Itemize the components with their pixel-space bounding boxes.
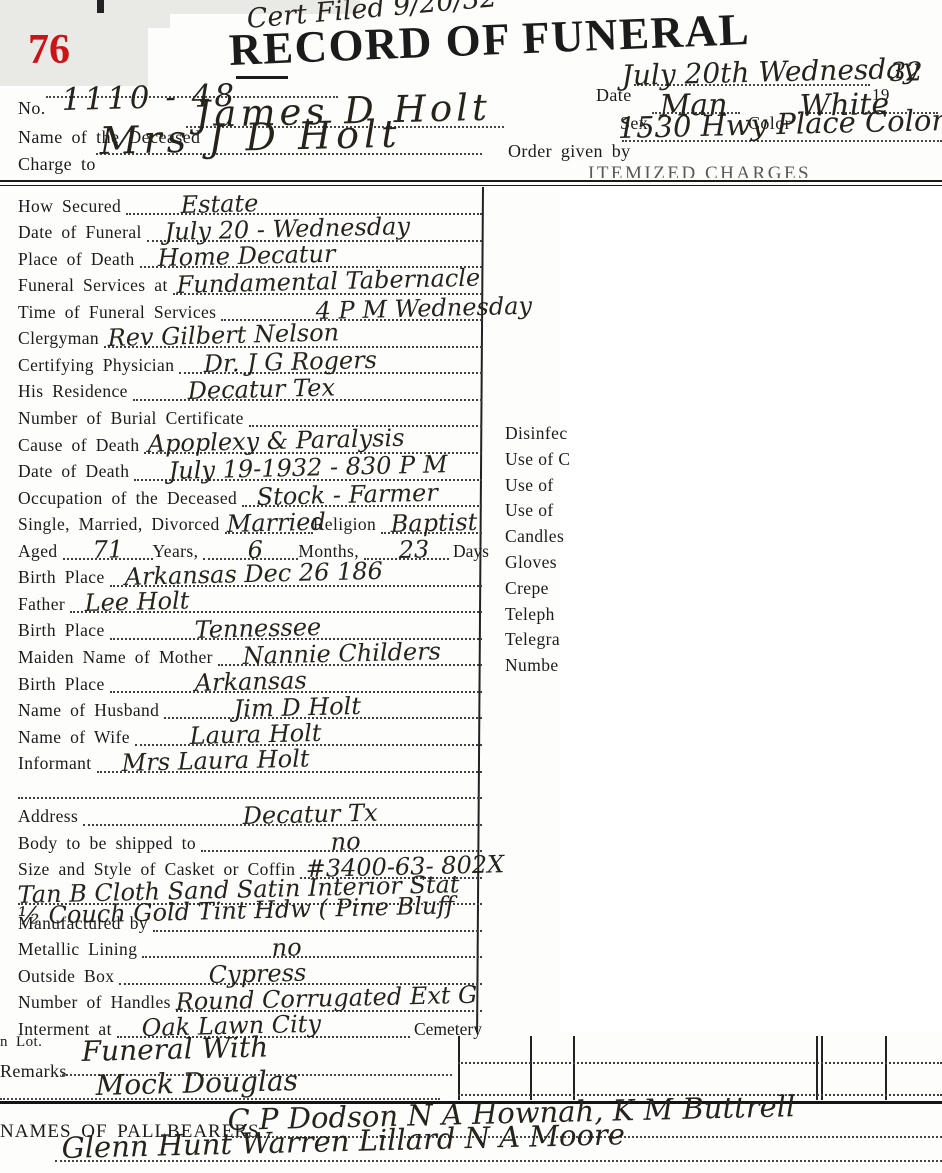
dotted-line [249, 398, 482, 427]
form-row: Date of FuneralJuly 20 - Wednesday [18, 215, 482, 242]
charges-item-label-fragment: Use of C [505, 447, 570, 473]
charges-item-label-fragment: Crepe [505, 576, 570, 602]
form-row: Name of WifeLaura Holt [18, 719, 482, 746]
dotted-line: Decatur Tx [83, 797, 482, 826]
form-row: Certifying PhysicianDr. J G Rogers [18, 347, 482, 374]
dotted-line: Baptist [381, 505, 482, 534]
dotted-line: Lee Holt [70, 584, 482, 613]
table-line [885, 1036, 887, 1100]
charges-table [458, 1036, 942, 1100]
form-row: Aged71Years,6Months,23Days [18, 533, 482, 560]
field-label: Occupation of the Deceased [18, 489, 242, 507]
field-label: Body to be shipped to [18, 834, 201, 852]
form-row: Birth PlaceArkansas [18, 666, 482, 693]
charges-item-label-fragment: Gloves [505, 550, 570, 576]
dotted-line: Dr. J G Rogers [179, 345, 482, 374]
field-label: How Secured [18, 197, 126, 215]
table-line [816, 1036, 818, 1100]
form-row: Metallic Liningno [18, 931, 482, 958]
field-label: Birth Place [18, 675, 110, 693]
dotted-line: Round Corrugated Ext G [176, 983, 482, 1012]
field-label: Funeral Services at [18, 276, 173, 294]
dotted-line: no [142, 929, 482, 958]
dotted-line: 71 [63, 531, 153, 560]
field-label: Outside Box [18, 967, 119, 985]
dotted-line: 4 P M Wednesday [221, 292, 482, 321]
dotted-line: Married [225, 505, 313, 534]
field-label: Cause of Death [18, 436, 144, 454]
date-value: July 20th Wednesday [621, 55, 919, 90]
no-label: No. [18, 99, 46, 117]
charges-item-label-fragment: Disinfec [505, 421, 570, 447]
form-row: Single, Married, DivorcedMarriedReligion… [18, 507, 482, 534]
scan-mark [97, 0, 104, 13]
remarks-value-2: Mock Douglas [95, 1067, 298, 1100]
field-label: Birth Place [18, 621, 110, 639]
field-label: Aged [18, 542, 63, 560]
charge-to-value: Mrs J D Holt [99, 115, 402, 160]
charges-item-label-fragment: Use of [505, 498, 570, 524]
table-line [458, 1036, 460, 1100]
field-label: His Residence [18, 382, 133, 400]
year-value: 32 [889, 59, 923, 86]
form-row: His ResidenceDecatur Tex [18, 374, 482, 401]
remarks-value-1: Funeral With [81, 1033, 268, 1066]
table-dotted-row [458, 1062, 942, 1064]
dotted-line: Stock - Farmer [242, 478, 482, 507]
folio-number: 76 [28, 26, 70, 74]
dotted-line: Fundamental Tabernacle [173, 266, 482, 295]
form-row: ClergymanRev Gilbert Nelson [18, 321, 482, 348]
charges-item-label-fragment: Telegra [505, 627, 570, 653]
dotted-line: Estate [126, 186, 482, 215]
field-label: Address [18, 807, 83, 825]
dotted-line: no [201, 823, 482, 852]
charges-item-label-fragment: Numbe [505, 653, 570, 679]
charges-item-label-fragment: Use of [505, 473, 570, 499]
form-row: AddressDecatur Tx [18, 799, 482, 826]
field-label: Clergyman [18, 329, 104, 347]
field-label: Date of Death [18, 462, 134, 480]
dotted-line: Home Decatur [140, 239, 482, 268]
table-line [821, 1036, 823, 1100]
form-row: Maiden Name of MotherNannie Childers [18, 639, 482, 666]
form-row: Birth PlaceTennessee [18, 613, 482, 640]
form-row: Occupation of the DeceasedStock - Farmer [18, 480, 482, 507]
scan-cutoff-area [560, 187, 942, 1032]
dotted-line: Rev Gilbert Nelson [104, 319, 482, 348]
charge-to-label: Charge to [18, 155, 96, 173]
form-row: Name of HusbandJim D Holt [18, 692, 482, 719]
charges-column-fragments: DisinfecUse of CUse ofUse ofCandlesGlove… [505, 421, 570, 679]
form-row [18, 772, 482, 799]
itemized-charges-header: ITEMIZED CHARGES [588, 163, 811, 178]
remarks-label: Remarks [0, 1062, 67, 1080]
dotted-line: Arkansas Dec 26 186 [110, 558, 482, 587]
dotted-line: Laura Holt [135, 717, 482, 746]
dotted-line: 6 [203, 531, 298, 560]
form-row: InformantMrs Laura Holt [18, 746, 482, 773]
order-label: Order given by [508, 142, 631, 160]
lot-fragment: n Lot. [0, 1035, 42, 1050]
form-row: Funeral Services atFundamental Tabernacl… [18, 268, 482, 295]
form-row: Body to be shipped tono [18, 825, 482, 852]
charges-item-label-fragment: Candles [505, 524, 570, 550]
dotted-line: Cypress [119, 956, 482, 985]
form-row: Manufactured by½ Couch Gold Tint Hdw ( P… [18, 905, 482, 932]
funeral-record-scan: 76 Cert Filed 9/20/32 RECORD OF FUNERAL … [0, 0, 942, 1173]
form-row: FatherLee Holt [18, 586, 482, 613]
order-value: 1530 Hwy Place Colorado [617, 105, 942, 143]
title-underline [236, 76, 288, 79]
table-line [573, 1036, 575, 1100]
dotted-line: Jim D Holt [164, 690, 482, 719]
field-label: Date of Funeral [18, 223, 147, 241]
field-label: Place of Death [18, 250, 140, 268]
dotted-line: July 19-1932 - 830 P M [134, 452, 482, 481]
form-row: Outside BoxCypress [18, 958, 482, 985]
form-row: Date of DeathJuly 19-1932 - 830 P M [18, 454, 482, 481]
field-label: Father [18, 595, 70, 613]
form-row: Place of DeathHome Decatur [18, 241, 482, 268]
header-rule [0, 180, 942, 182]
form-row: Number of HandlesRound Corrugated Ext G [18, 985, 482, 1012]
dotted-line [18, 770, 482, 799]
form-row: Cause of DeathApoplexy & Paralysis [18, 427, 482, 454]
dotted-line: Arkansas [110, 664, 482, 693]
dotted-line: Mrs Laura Holt [97, 744, 482, 773]
dotted-line: Decatur Tex [133, 372, 482, 401]
form-row: Time of Funeral Services4 P M Wednesday [18, 294, 482, 321]
dotted-line: Nannie Childers [218, 637, 482, 666]
form-row: Number of Burial Certificate [18, 400, 482, 427]
form-row: How SecuredEstate [18, 188, 482, 215]
form-row: Birth PlaceArkansas Dec 26 186 [18, 560, 482, 587]
dotted-line: July 20 - Wednesday [147, 213, 482, 242]
charges-item-label-fragment: Teleph [505, 602, 570, 628]
dotted-line: Tennessee [110, 611, 482, 640]
table-line [530, 1036, 532, 1100]
